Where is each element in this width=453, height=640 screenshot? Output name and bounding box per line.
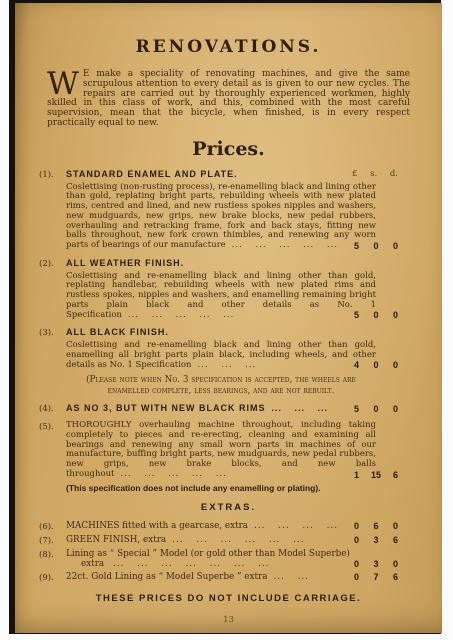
- item-heading: ALL BLACK FINISH.: [66, 327, 376, 338]
- item-content: Coslettising and re-enamelling black and…: [66, 272, 376, 321]
- item-body: THOROUGHLY overhauling machine throughou…: [66, 421, 398, 492]
- item-number: (6).: [39, 521, 66, 532]
- leader-dots: ... ... ... ... ... ...: [166, 535, 304, 545]
- item-text: 22ct. Gold Lining as “ Model Superbe ” e…: [66, 572, 376, 582]
- price-pounds: 5: [354, 404, 359, 414]
- price-pence: 6: [393, 470, 398, 480]
- price-item: (4).AS NO 3, BUT WITH NEW BLACK RIMS... …: [39, 403, 398, 414]
- page-title: RENOVATIONS.: [39, 37, 418, 57]
- price-shillings: 0: [373, 360, 378, 370]
- item-heading: ALL WEATHER FINISH.: [66, 258, 376, 269]
- item-content: Coslettising (non-rusting process), re-e…: [66, 183, 376, 251]
- item-number: (2).: [39, 258, 66, 321]
- price-pence: 0: [393, 241, 398, 251]
- price-pence: 0: [393, 559, 398, 569]
- price-shillings: 0: [373, 310, 378, 320]
- item-number: (8).: [39, 549, 66, 569]
- item-price: 060: [354, 521, 398, 531]
- price-pence: 0: [393, 404, 398, 414]
- extras-heading: EXTRAS.: [39, 502, 418, 514]
- price-item: (6).MACHINES fitted with a gearcase, ext…: [39, 521, 398, 532]
- item-number: (7).: [39, 535, 66, 546]
- specification-note-bold: (This specification does not include any…: [66, 483, 376, 493]
- item-price: 1156: [354, 470, 398, 480]
- intro-paragraph: WE make a speciality of renovating machi…: [47, 70, 410, 129]
- item-body: MACHINES fitted with a gearcase, extra..…: [66, 521, 398, 532]
- leader-dots: ... ...: [267, 572, 309, 582]
- item-content: Lining as “ Special ” Model (or gold oth…: [66, 549, 376, 569]
- price-item: (8).Lining as “ Special ” Model (or gold…: [39, 549, 398, 569]
- price-pence: 0: [393, 521, 398, 531]
- item-number: (4).: [39, 403, 66, 414]
- carriage-note: THESE PRICES DO NOT INCLUDE CARRIAGE.: [39, 593, 418, 605]
- price-pounds: 0: [354, 521, 359, 531]
- item-text-continued: extra ... ... ... ... ... ... ...: [66, 559, 376, 569]
- price-pounds: 0: [354, 572, 359, 582]
- item-price: 400: [354, 360, 398, 370]
- price-pounds: 0: [354, 559, 359, 569]
- leader-dots: ... ... ... ... ...: [226, 240, 338, 250]
- price-pounds: 1: [354, 470, 359, 480]
- leader-dots: ... ... ... ... ...: [122, 310, 234, 320]
- item-body: ALL WEATHER FINISH.Coslettising and re-e…: [66, 258, 398, 321]
- item-number: (9).: [39, 572, 66, 583]
- price-shillings: 15: [371, 470, 381, 480]
- item-price: 030: [354, 559, 398, 569]
- item-body: GREEN FINISH, extra... ... ... ... ... .…: [66, 535, 398, 546]
- price-shillings: 6: [373, 521, 378, 531]
- leader-dots: ... ... ...: [266, 403, 329, 413]
- price-pence: 0: [393, 360, 398, 370]
- extras-list: (6).MACHINES fitted with a gearcase, ext…: [39, 521, 398, 583]
- item-number: (3).: [39, 327, 66, 396]
- item-content: MACHINES fitted with a gearcase, extra..…: [66, 521, 376, 531]
- price-pence: 0: [393, 310, 398, 320]
- price-shillings: 3: [373, 559, 378, 569]
- leader-dots: ... ... ... ...: [248, 521, 338, 531]
- item-number: (5).: [39, 421, 66, 492]
- specification-note: (Please note when No. 3 specification is…: [70, 375, 372, 396]
- price-pence: 6: [393, 535, 398, 545]
- item-body: STANDARD ENAMEL AND PLATE.Coslettising (…: [66, 169, 398, 251]
- item-body: 22ct. Gold Lining as “ Model Superbe ” e…: [66, 572, 398, 583]
- price-shillings: 0: [373, 404, 378, 414]
- leader-dots: ... ... ...: [192, 360, 257, 370]
- page-number: 13: [39, 615, 418, 625]
- item-content: Coslettising and re-enamelling black and…: [66, 341, 376, 370]
- item-description: THOROUGHLY overhauling machine throughou…: [66, 421, 376, 479]
- price-item: (1).STANDARD ENAMEL AND PLATE.Coslettisi…: [39, 169, 398, 251]
- leader-dots: ... ... ... ... ... ... ...: [107, 559, 270, 569]
- item-price: 036: [354, 535, 398, 545]
- price-shillings: 3: [373, 535, 378, 545]
- item-number: (1).: [39, 169, 66, 251]
- item-content: GREEN FINISH, extra... ... ... ... ... .…: [66, 535, 376, 545]
- price-pounds: 0: [354, 535, 359, 545]
- item-body: AS NO 3, BUT WITH NEW BLACK RIMS... ... …: [66, 403, 398, 414]
- item-content: AS NO 3, BUT WITH NEW BLACK RIMS... ... …: [66, 403, 376, 414]
- item-inline-heading: AS NO 3, BUT WITH NEW BLACK RIMS... ... …: [66, 403, 376, 414]
- price-item: (7).GREEN FINISH, extra... ... ... ... .…: [39, 535, 398, 546]
- intro-text: E make a speciality of renovating machin…: [47, 69, 410, 128]
- price-shillings: 7: [373, 572, 378, 582]
- prices-heading: Prices.: [39, 138, 418, 160]
- price-pounds: 4: [354, 360, 359, 370]
- item-price: 500: [354, 241, 398, 251]
- price-item: (5).THOROUGHLY overhauling machine throu…: [39, 421, 398, 492]
- item-description: Coslettising and re-enamelling black and…: [66, 341, 376, 370]
- item-text: Lining as “ Special ” Model (or gold oth…: [66, 549, 376, 559]
- price-item: (9).22ct. Gold Lining as “ Model Superbe…: [39, 572, 398, 583]
- price-item: (2).ALL WEATHER FINISH.Coslettising and …: [39, 258, 398, 321]
- price-pounds: 5: [354, 241, 359, 251]
- item-body: Lining as “ Special ” Model (or gold oth…: [66, 549, 398, 569]
- item-content: 22ct. Gold Lining as “ Model Superbe ” e…: [66, 572, 376, 582]
- catalogue-page: RENOVATIONS. WE make a speciality of ren…: [15, 3, 442, 633]
- item-description: Coslettising (non-rusting process), re-e…: [66, 183, 376, 251]
- intro-dropcap: W: [47, 70, 83, 97]
- item-content: THOROUGHLY overhauling machine throughou…: [66, 421, 376, 479]
- item-inline-heading-text: AS NO 3, BUT WITH NEW BLACK RIMS: [66, 403, 266, 413]
- item-text: GREEN FINISH, extra... ... ... ... ... .…: [66, 535, 376, 545]
- price-list: £s.d. (1).STANDARD ENAMEL AND PLATE.Cosl…: [39, 169, 398, 493]
- item-body: ALL BLACK FINISH.Coslettising and re-ena…: [66, 327, 398, 396]
- price-pence: 6: [393, 572, 398, 582]
- item-text: MACHINES fitted with a gearcase, extra..…: [66, 521, 376, 531]
- leader-dots: ... ... ... ... ...: [114, 469, 226, 479]
- item-price: 500: [354, 404, 398, 414]
- item-heading: STANDARD ENAMEL AND PLATE.: [66, 169, 376, 180]
- price-item: (3).ALL BLACK FINISH.Coslettising and re…: [39, 327, 398, 396]
- price-pounds: 5: [354, 310, 359, 320]
- item-price: 076: [354, 572, 398, 582]
- item-description: Coslettising and re-enamelling black and…: [66, 272, 376, 321]
- price-shillings: 0: [373, 241, 378, 251]
- item-price: 500: [354, 310, 398, 320]
